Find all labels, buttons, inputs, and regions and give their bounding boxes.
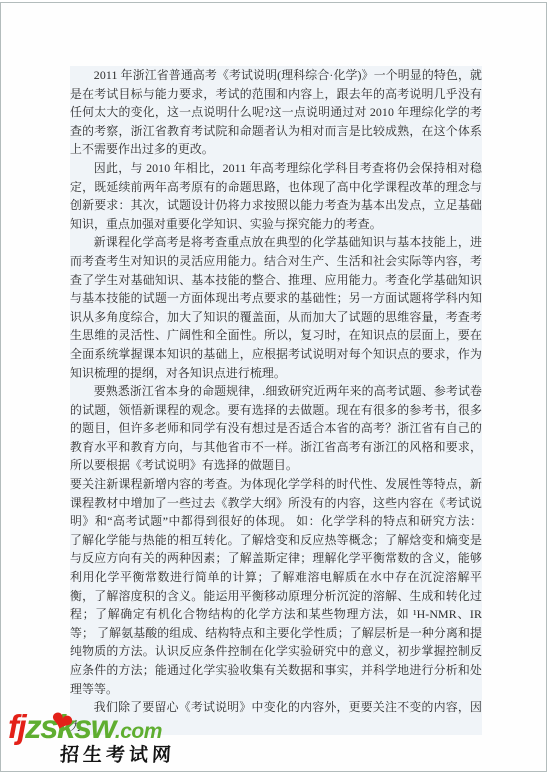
watermark-logo-text: ❤fjzsksw.com [8, 710, 198, 743]
site-watermark: ❤fjzsksw.com 招生考试网 [8, 700, 198, 767]
paragraph-2: 因此，与 2010 年相比，2011 年高考理综化学科目考查将仍会保持相对稳定，… [70, 159, 482, 233]
watermark-prefix: fj [8, 708, 25, 745]
paragraph-1: 2011 年浙江省普通高考《考试说明(理科综合·化学)》一个明显的特色，就是在考… [70, 66, 482, 159]
paragraph-4: 要熟悉浙江省本身的命题规律，.细致研究近两年来的高考试题、参考试卷的试题，领悟新… [70, 382, 482, 475]
watermark-caption: 招生考试网 [59, 740, 198, 767]
document-text: 2011 年浙江省普通高考《考试说明(理科综合·化学)》一个明显的特色，就是在考… [70, 66, 482, 735]
paragraph-3: 新课程化学高考是将考查重点放在典型的化学基础知识与基本技能上，进而考查考生对知识… [70, 233, 482, 382]
scanned-document: 2011 年浙江省普通高考《考试说明(理科综合·化学)》一个明显的特色，就是在考… [0, 0, 550, 777]
paragraph-5: 要关注新课程新增内容的考查。为体现化学学科的时代性、发展性等特点，新课程教材中增… [70, 475, 482, 698]
